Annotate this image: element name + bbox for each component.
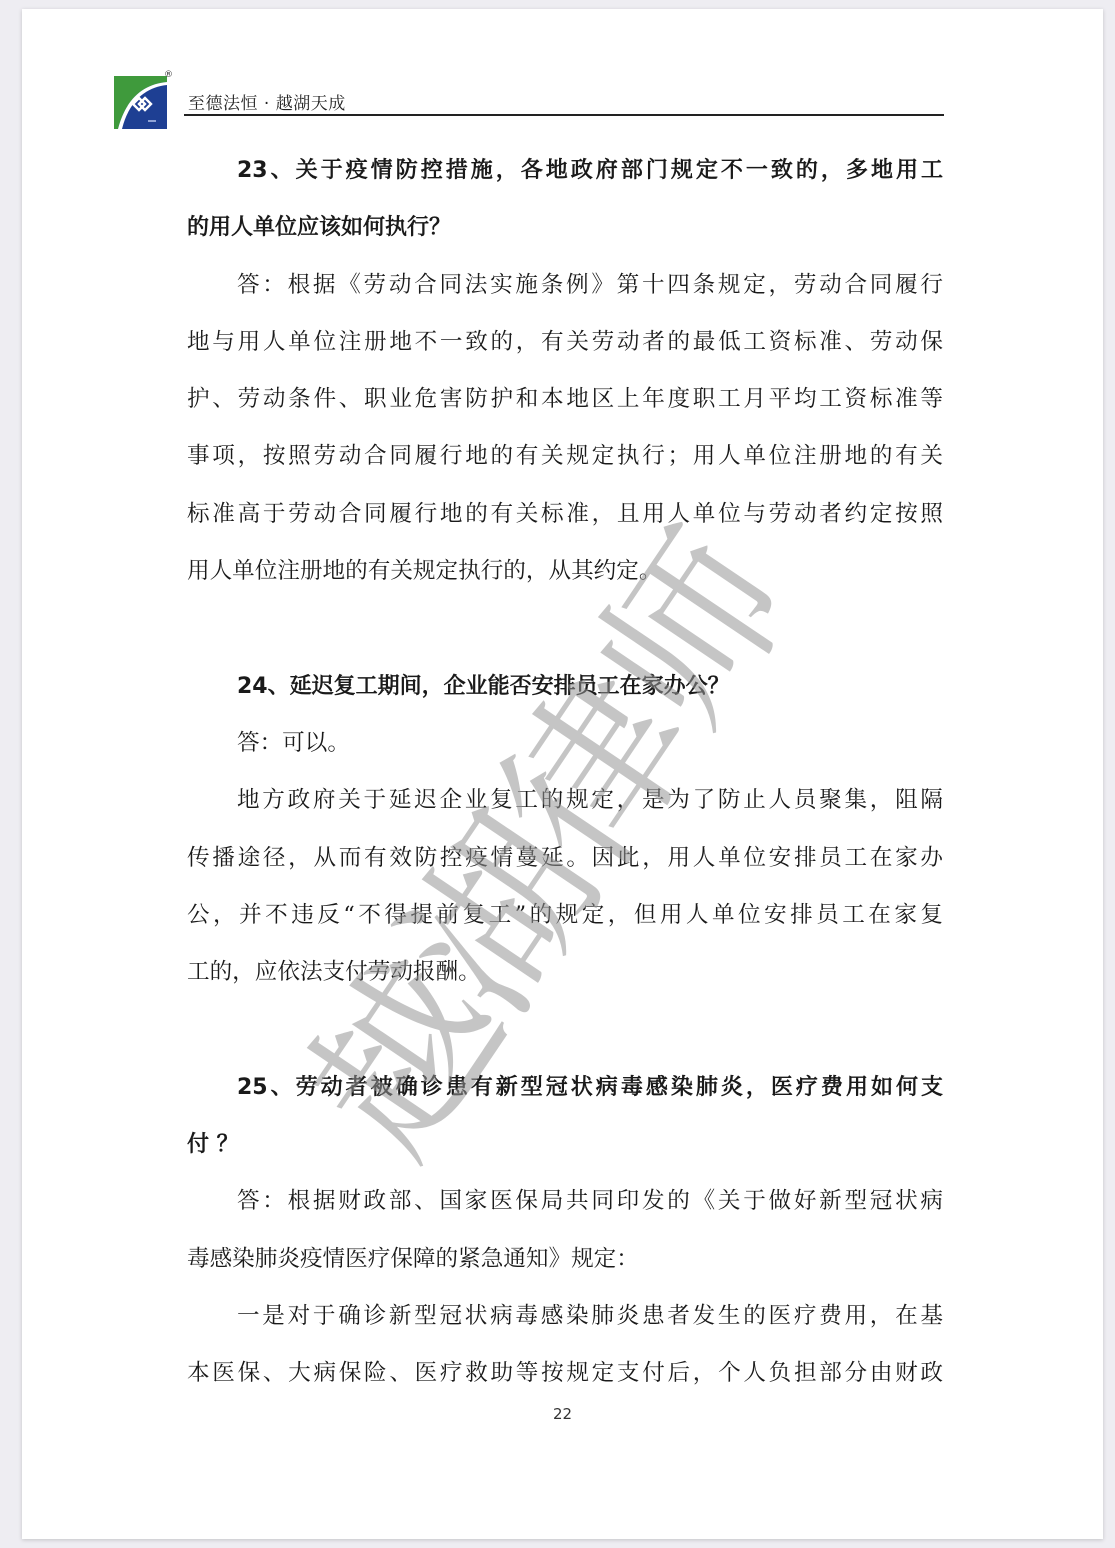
question-23-line-2: 的用人单位应该如何执行？ bbox=[187, 199, 943, 256]
header-title: 至德法恒 · 越湖天成 bbox=[188, 89, 346, 114]
answer-25-line-4: 本医保、大病保险、医疗救助等按规定支付后，个人负担部分由财政 bbox=[187, 1345, 943, 1402]
header-divider bbox=[184, 114, 944, 116]
answer-25-line-2: 毒感染肺炎疫情医疗保障的紧急通知》规定： bbox=[187, 1231, 943, 1288]
answer-23-line-6: 用人单位注册地的有关规定执行的，从其约定。 bbox=[187, 543, 943, 600]
answer-24-line-3: 传播途径，从而有效防控疫情蔓延。因此，用人单位安排员工在家办 bbox=[187, 830, 943, 887]
document-page: ® 至德法恒 · 越湖天成 23、关于疫情防控措施，各地政府部门规定不一致的，多… bbox=[22, 9, 1103, 1539]
answer-24-line-2: 地方政府关于延迟企业复工的规定，是为了防止人员聚集，阻隔 bbox=[187, 772, 943, 829]
question-25-line-2: 付 ？ bbox=[187, 1116, 943, 1173]
answer-24-line-1: 答：可以。 bbox=[187, 715, 943, 772]
answer-25-line-1: 答：根据财政部、国家医保局共同印发的《关于做好新型冠状病 bbox=[187, 1173, 943, 1230]
question-23-line-1: 23、关于疫情防控措施，各地政府部门规定不一致的，多地用工 bbox=[187, 142, 943, 199]
document-body: 23、关于疫情防控措施，各地政府部门规定不一致的，多地用工 的用人单位应该如何执… bbox=[187, 142, 943, 1403]
answer-23-line-4: 事项，按照劳动合同履行地的有关规定执行；用人单位注册地的有关 bbox=[187, 428, 943, 485]
answer-25-line-3: 一是对于确诊新型冠状病毒感染肺炎患者发生的医疗费用，在基 bbox=[187, 1288, 943, 1345]
question-24-line-1: 24、延迟复工期间，企业能否安排员工在家办公？ bbox=[187, 658, 943, 715]
firm-logo-icon bbox=[114, 76, 167, 129]
registered-trademark: ® bbox=[164, 70, 173, 80]
spacer bbox=[187, 600, 943, 657]
answer-23-line-3: 护、劳动条件、职业危害防护和本地区上年度职工月平均工资标准等 bbox=[187, 371, 943, 428]
logo-graphic-icon bbox=[114, 76, 167, 129]
answer-24-line-4: 公，并不违反“不得提前复工”的规定，但用人单位安排员工在家复 bbox=[187, 887, 943, 944]
answer-23-line-5: 标准高于劳动合同履行地的有关标准，且用人单位与劳动者约定按照 bbox=[187, 486, 943, 543]
answer-23-line-1: 答：根据《劳动合同法实施条例》第十四条规定，劳动合同履行 bbox=[187, 257, 943, 314]
answer-23-line-2: 地与用人单位注册地不一致的，有关劳动者的最低工资标准、劳动保 bbox=[187, 314, 943, 371]
answer-24-line-5: 工的，应依法支付劳动报酬。 bbox=[187, 944, 943, 1001]
question-25-line-1: 25、劳动者被确诊患有新型冠状病毒感染肺炎，医疗费用如何支 bbox=[187, 1059, 943, 1116]
spacer bbox=[187, 1001, 943, 1058]
page-number: 22 bbox=[22, 1405, 1103, 1423]
